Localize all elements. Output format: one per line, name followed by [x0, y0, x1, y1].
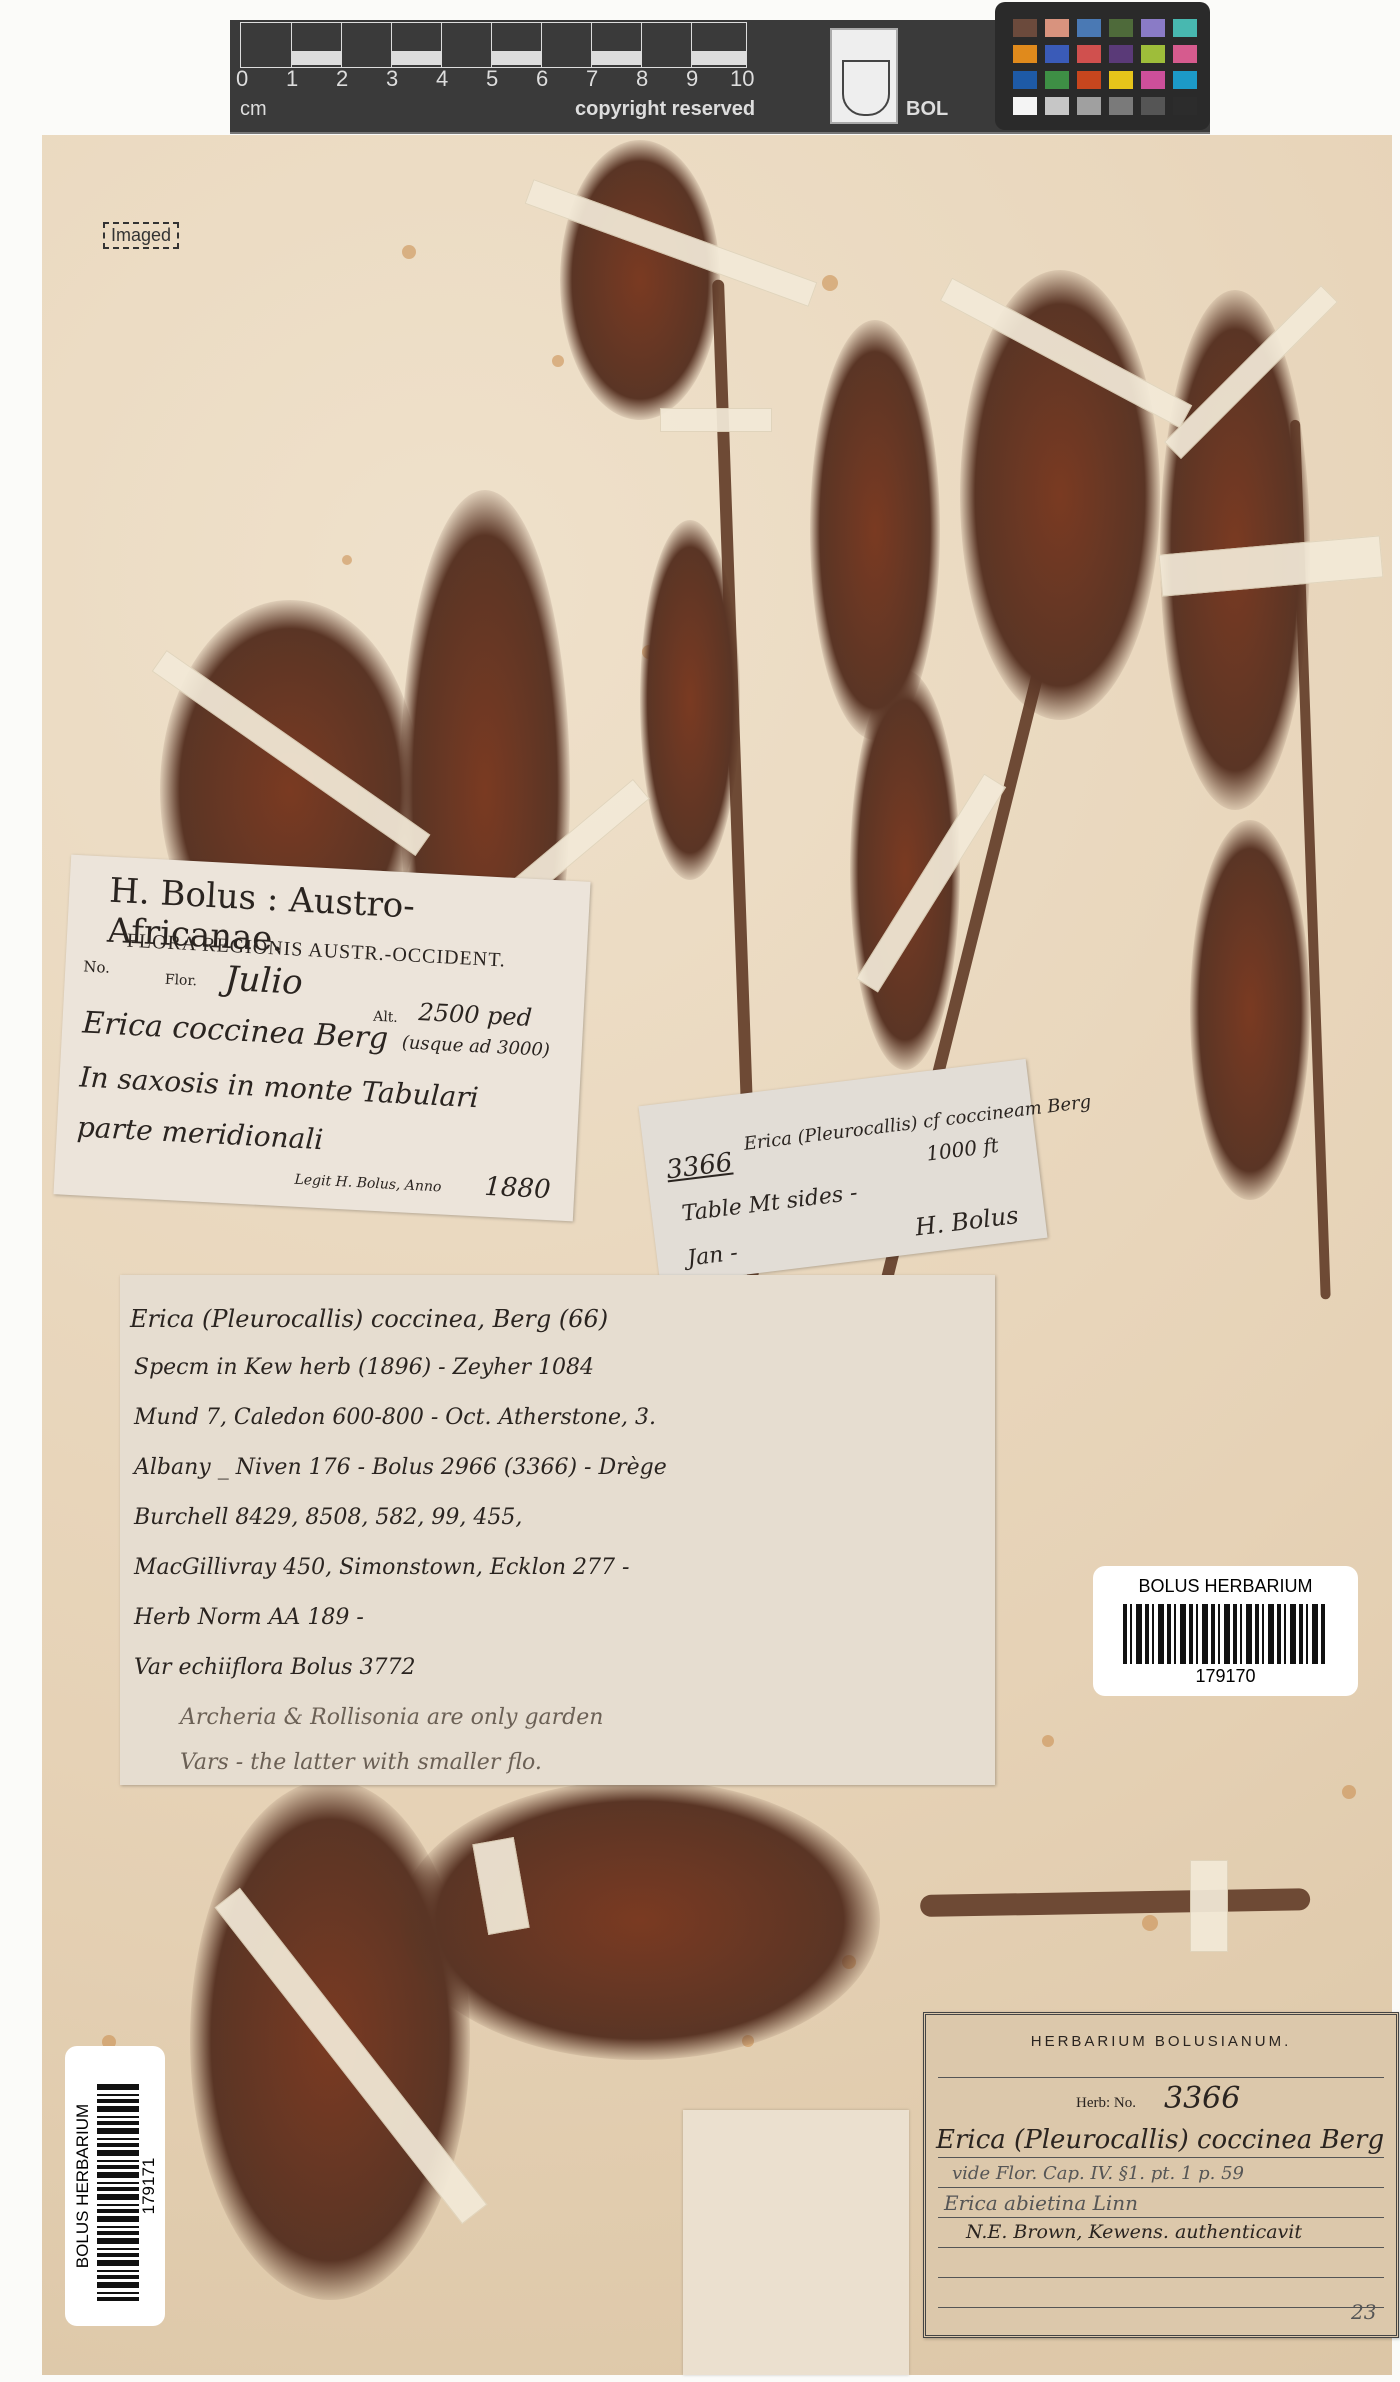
- color-swatch: [1173, 45, 1197, 63]
- ruler-number: 7: [586, 66, 598, 92]
- notes-line: Var echiiflora Bolus 3772: [134, 1655, 416, 1680]
- institution-code: BOL: [906, 98, 948, 121]
- synonym: Erica abietina Linn: [944, 2191, 1138, 2215]
- herbarium-label-title: HERBARIUM BOLUSIANUM.: [926, 2033, 1396, 2050]
- fragment-envelope: [683, 2110, 909, 2375]
- color-swatch: [1141, 45, 1165, 63]
- notes-line: Erica (Pleurocallis) coccinea, Berg (66): [130, 1305, 608, 1333]
- field-locality: Table Mt sides -: [680, 1180, 858, 1226]
- herb-no-label: Herb: No.: [1076, 2095, 1136, 2112]
- notes-label: Erica (Pleurocallis) coccinea, Berg (66)…: [120, 1275, 995, 1785]
- imaged-stamp: Imaged: [103, 222, 179, 249]
- ruler-scale-bar: [240, 22, 747, 68]
- ruler-unit: cm: [240, 98, 267, 121]
- ruler-number: 0: [236, 66, 248, 92]
- color-swatch: [1045, 19, 1069, 37]
- species-name: Erica coccinea Berg: [82, 1005, 389, 1056]
- authentication: N.E. Brown, Kewens. authenticavit: [966, 2221, 1302, 2243]
- herb-no-value: 3366: [1164, 2081, 1240, 2116]
- color-swatch: [1141, 97, 1165, 115]
- color-swatch: [1077, 97, 1101, 115]
- copyright-text: copyright reserved: [575, 98, 755, 121]
- color-swatch: [1045, 45, 1069, 63]
- notes-line: MacGillivray 450, Simonstown, Ecklon 277…: [134, 1555, 629, 1580]
- barcode-number: 179170: [1093, 1666, 1358, 1687]
- color-swatch: [1109, 19, 1133, 37]
- field-date: Jan -: [686, 1241, 739, 1272]
- color-swatch: [1109, 97, 1133, 115]
- barcode-title: BOLUS HERBARIUM: [1093, 1576, 1358, 1597]
- color-swatch: [1013, 71, 1037, 89]
- flor-value: Julio: [224, 959, 304, 1003]
- color-swatch: [1173, 19, 1197, 37]
- ruler-number: 8: [636, 66, 648, 92]
- color-swatch: [1173, 71, 1197, 89]
- color-swatch: [1013, 19, 1037, 37]
- color-swatch: [1109, 71, 1133, 89]
- ruler-number: 6: [536, 66, 548, 92]
- color-swatch: [1077, 71, 1101, 89]
- collection-year: 1880: [484, 1172, 552, 1205]
- locality-line-2: parte meridionali: [76, 1110, 324, 1156]
- color-swatch: [1109, 45, 1133, 63]
- color-swatch: [1141, 71, 1165, 89]
- color-swatch: [1045, 71, 1069, 89]
- ruler-number: 4: [436, 66, 448, 92]
- color-swatch: [1173, 97, 1197, 115]
- color-swatch: [1077, 45, 1101, 63]
- herbarium-species: Erica (Pleurocallis) coccinea Berg: [936, 2125, 1384, 2155]
- notes-line: Vars - the latter with smaller flo.: [180, 1750, 542, 1775]
- barcode-icon: [1123, 1604, 1328, 1664]
- color-swatch: [1013, 97, 1037, 115]
- color-swatch: [1141, 19, 1165, 37]
- notes-line: Mund 7, Caledon 600-800 - Oct. Atherston…: [134, 1405, 656, 1430]
- locality-line-1: In saxosis in monte Tabulari: [79, 1060, 480, 1114]
- notes-line: Herb Norm AA 189 -: [134, 1605, 364, 1630]
- no-label: No.: [83, 957, 111, 976]
- alt-note: (usque ad 3000): [401, 1032, 550, 1061]
- notes-line: Burchell 8429, 8508, 582, 99, 455,: [134, 1505, 522, 1530]
- barcode-number: 179171: [139, 2046, 159, 2326]
- flor-label: Flor.: [164, 972, 197, 990]
- barcode-icon: [97, 2081, 139, 2301]
- notes-line: Archeria & Rollisonia are only garden: [180, 1705, 603, 1730]
- alt-value: 2500 ped: [418, 998, 533, 1032]
- ruler-number: 1: [286, 66, 298, 92]
- barcode-title: BOLUS HERBARIUM: [73, 2046, 93, 2326]
- field-number: 3366: [665, 1148, 734, 1186]
- corner-number: 23: [1351, 2300, 1376, 2324]
- notes-line: Albany _ Niven 176 - Bolus 2966 (3366) -…: [134, 1455, 667, 1480]
- ruler-number: 5: [486, 66, 498, 92]
- barcode-label-side: BOLUS HERBARIUM 179171: [65, 2046, 165, 2326]
- ruler-number: 10: [730, 66, 754, 92]
- color-calibration-chart: [995, 2, 1210, 130]
- flora-reference: vide Flor. Cap. IV. §1. pt. 1 p. 59: [952, 2163, 1244, 2184]
- collector-label: H. Bolus : Austro-Africanae. FLORA REGIO…: [53, 855, 590, 1222]
- notes-line: Specm in Kew herb (1896) - Zeyher 1084: [134, 1355, 594, 1380]
- color-swatch: [1077, 19, 1101, 37]
- crest-logo-icon: [830, 28, 898, 124]
- ruler-number: 3: [386, 66, 398, 92]
- barcode-label-main: BOLUS HERBARIUM 179170: [1093, 1566, 1358, 1696]
- herbarium-bolusianum-label: HERBARIUM BOLUSIANUM. Herb: No. 3366 Eri…: [923, 2012, 1399, 2338]
- color-swatch: [1013, 45, 1037, 63]
- field-altitude: 1000 ft: [925, 1133, 1000, 1166]
- ruler-number: 2: [336, 66, 348, 92]
- field-collector: H. Bolus: [914, 1201, 1020, 1241]
- legit-text: Legit H. Bolus, Anno: [294, 1172, 442, 1196]
- color-swatch: [1045, 97, 1069, 115]
- ruler-number: 9: [686, 66, 698, 92]
